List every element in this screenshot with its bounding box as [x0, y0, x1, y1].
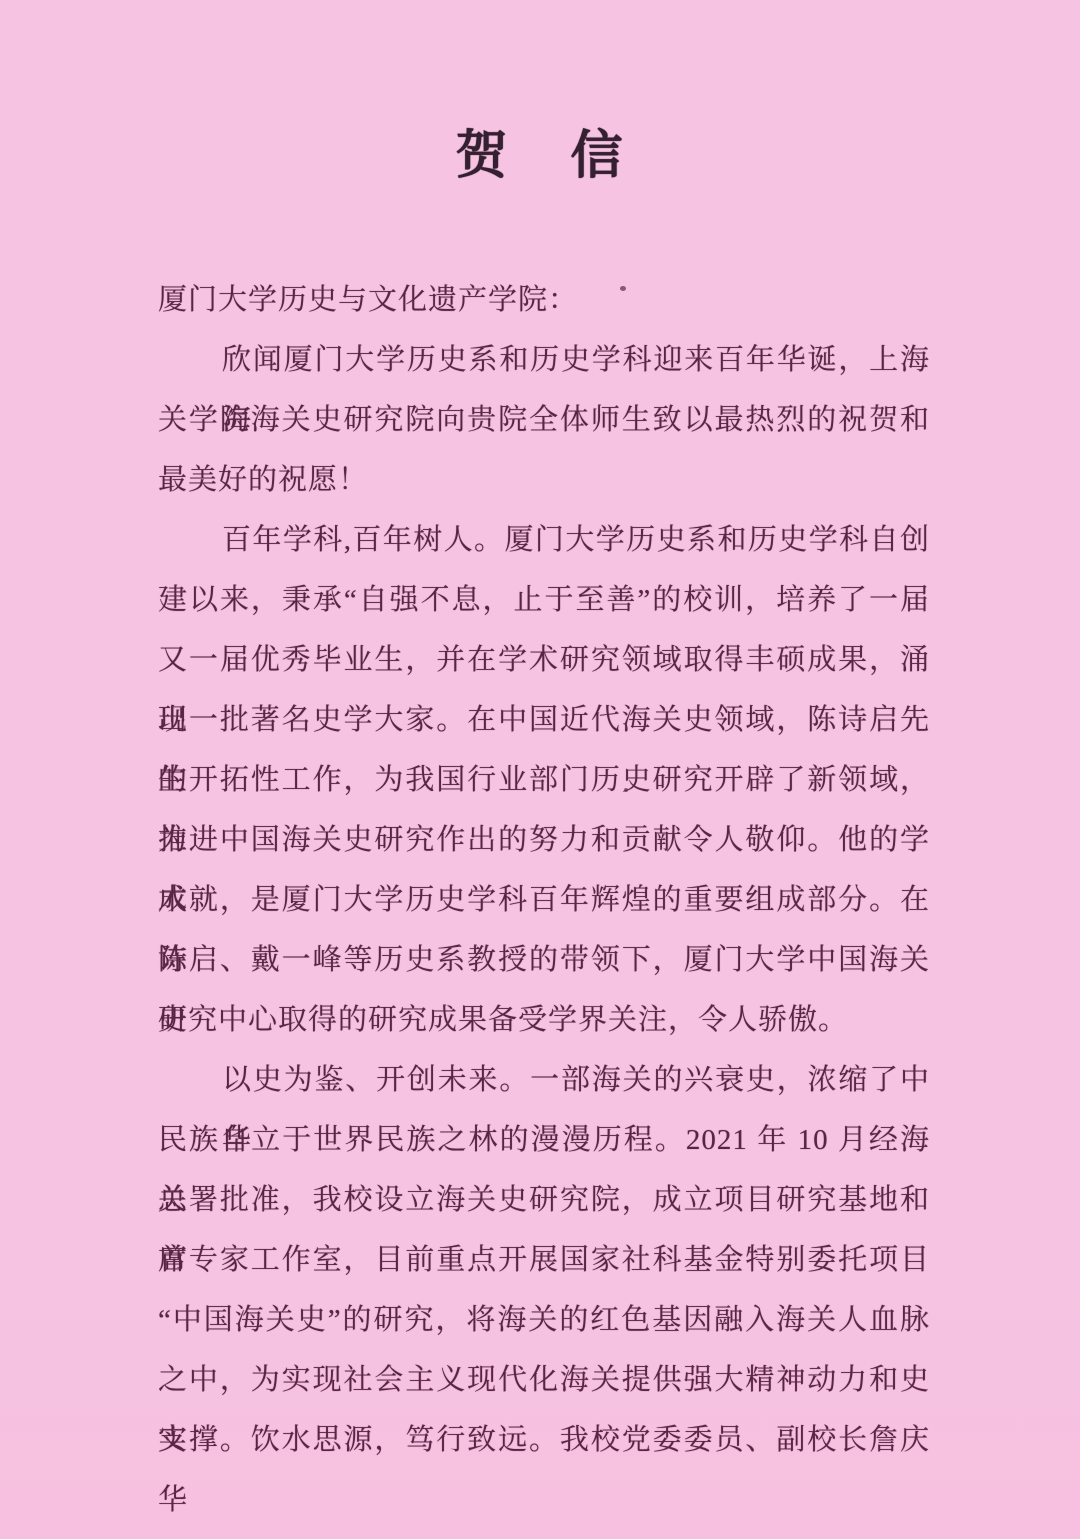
letter-line: 建以来，秉承“自强不息，止于至善”的校训，培养了一届	[158, 570, 930, 630]
letter-line: “中国海关史”的研究，将海关的红色基因融入海关人血脉	[158, 1290, 930, 1350]
letter-line: 之中，为实现社会主义现代化海关提供强大精神动力和史实	[158, 1350, 930, 1410]
letter-line: 关学院海关史研究院向贵院全体师生致以最热烈的祝贺和	[158, 390, 930, 450]
letter-line: 诗启、戴一峰等历史系教授的带领下，厦门大学中国海关史	[158, 930, 930, 990]
scan-speck	[624, 788, 628, 792]
letter-line: 厦门大学历史与文化遗产学院：	[158, 270, 930, 330]
letter-line: 以史为鉴、开创未来。一部海关的兴衰史，浓缩了中华	[158, 1050, 930, 1110]
letter-line: 百年学科,百年树人。厦门大学历史系和历史学科自创	[158, 510, 930, 570]
letter-title: 贺 信	[0, 122, 1080, 192]
letter-line: 席专家工作室，目前重点开展国家社科基金特别委托项目	[158, 1230, 930, 1290]
letter-line: 推进中国海关史研究作出的努力和贡献令人敬仰。他的学术	[158, 810, 930, 870]
letter-line: 最美好的祝愿！	[158, 450, 930, 510]
letter-line: 研究中心取得的研究成果备受学界关注，令人骄傲。	[158, 990, 930, 1050]
letter-line: 民族自立于世界民族之林的漫漫历程。2021 年 10 月经海关	[158, 1110, 930, 1170]
letter-line: 出一批著名史学大家。在中国近代海关史领域，陈诗启先生	[158, 690, 930, 750]
letter-line: 成就，是厦门大学历史学科百年辉煌的重要组成部分。在陈	[158, 870, 930, 930]
letter-line: 欣闻厦门大学历史系和历史学科迎来百年华诞，上海海	[158, 330, 930, 390]
letter-line: 支撑。饮水思源，笃行致远。我校党委委员、副校长詹庆华	[158, 1410, 930, 1470]
letter-line: 的开拓性工作，为我国行业部门历史研究开辟了新领域，为	[158, 750, 930, 810]
letter-line: 总署批准，我校设立海关史研究院，成立项目研究基地和首	[158, 1170, 930, 1230]
scan-speck	[620, 286, 626, 291]
letter-line: 又一届优秀毕业生，并在学术研究领域取得丰硕成果，涌现	[158, 630, 930, 690]
letter-page: 贺 信 厦门大学历史与文化遗产学院：欣闻厦门大学历史系和历史学科迎来百年华诞，上…	[0, 0, 1080, 1539]
letter-body: 厦门大学历史与文化遗产学院：欣闻厦门大学历史系和历史学科迎来百年华诞，上海海关学…	[158, 270, 930, 1470]
